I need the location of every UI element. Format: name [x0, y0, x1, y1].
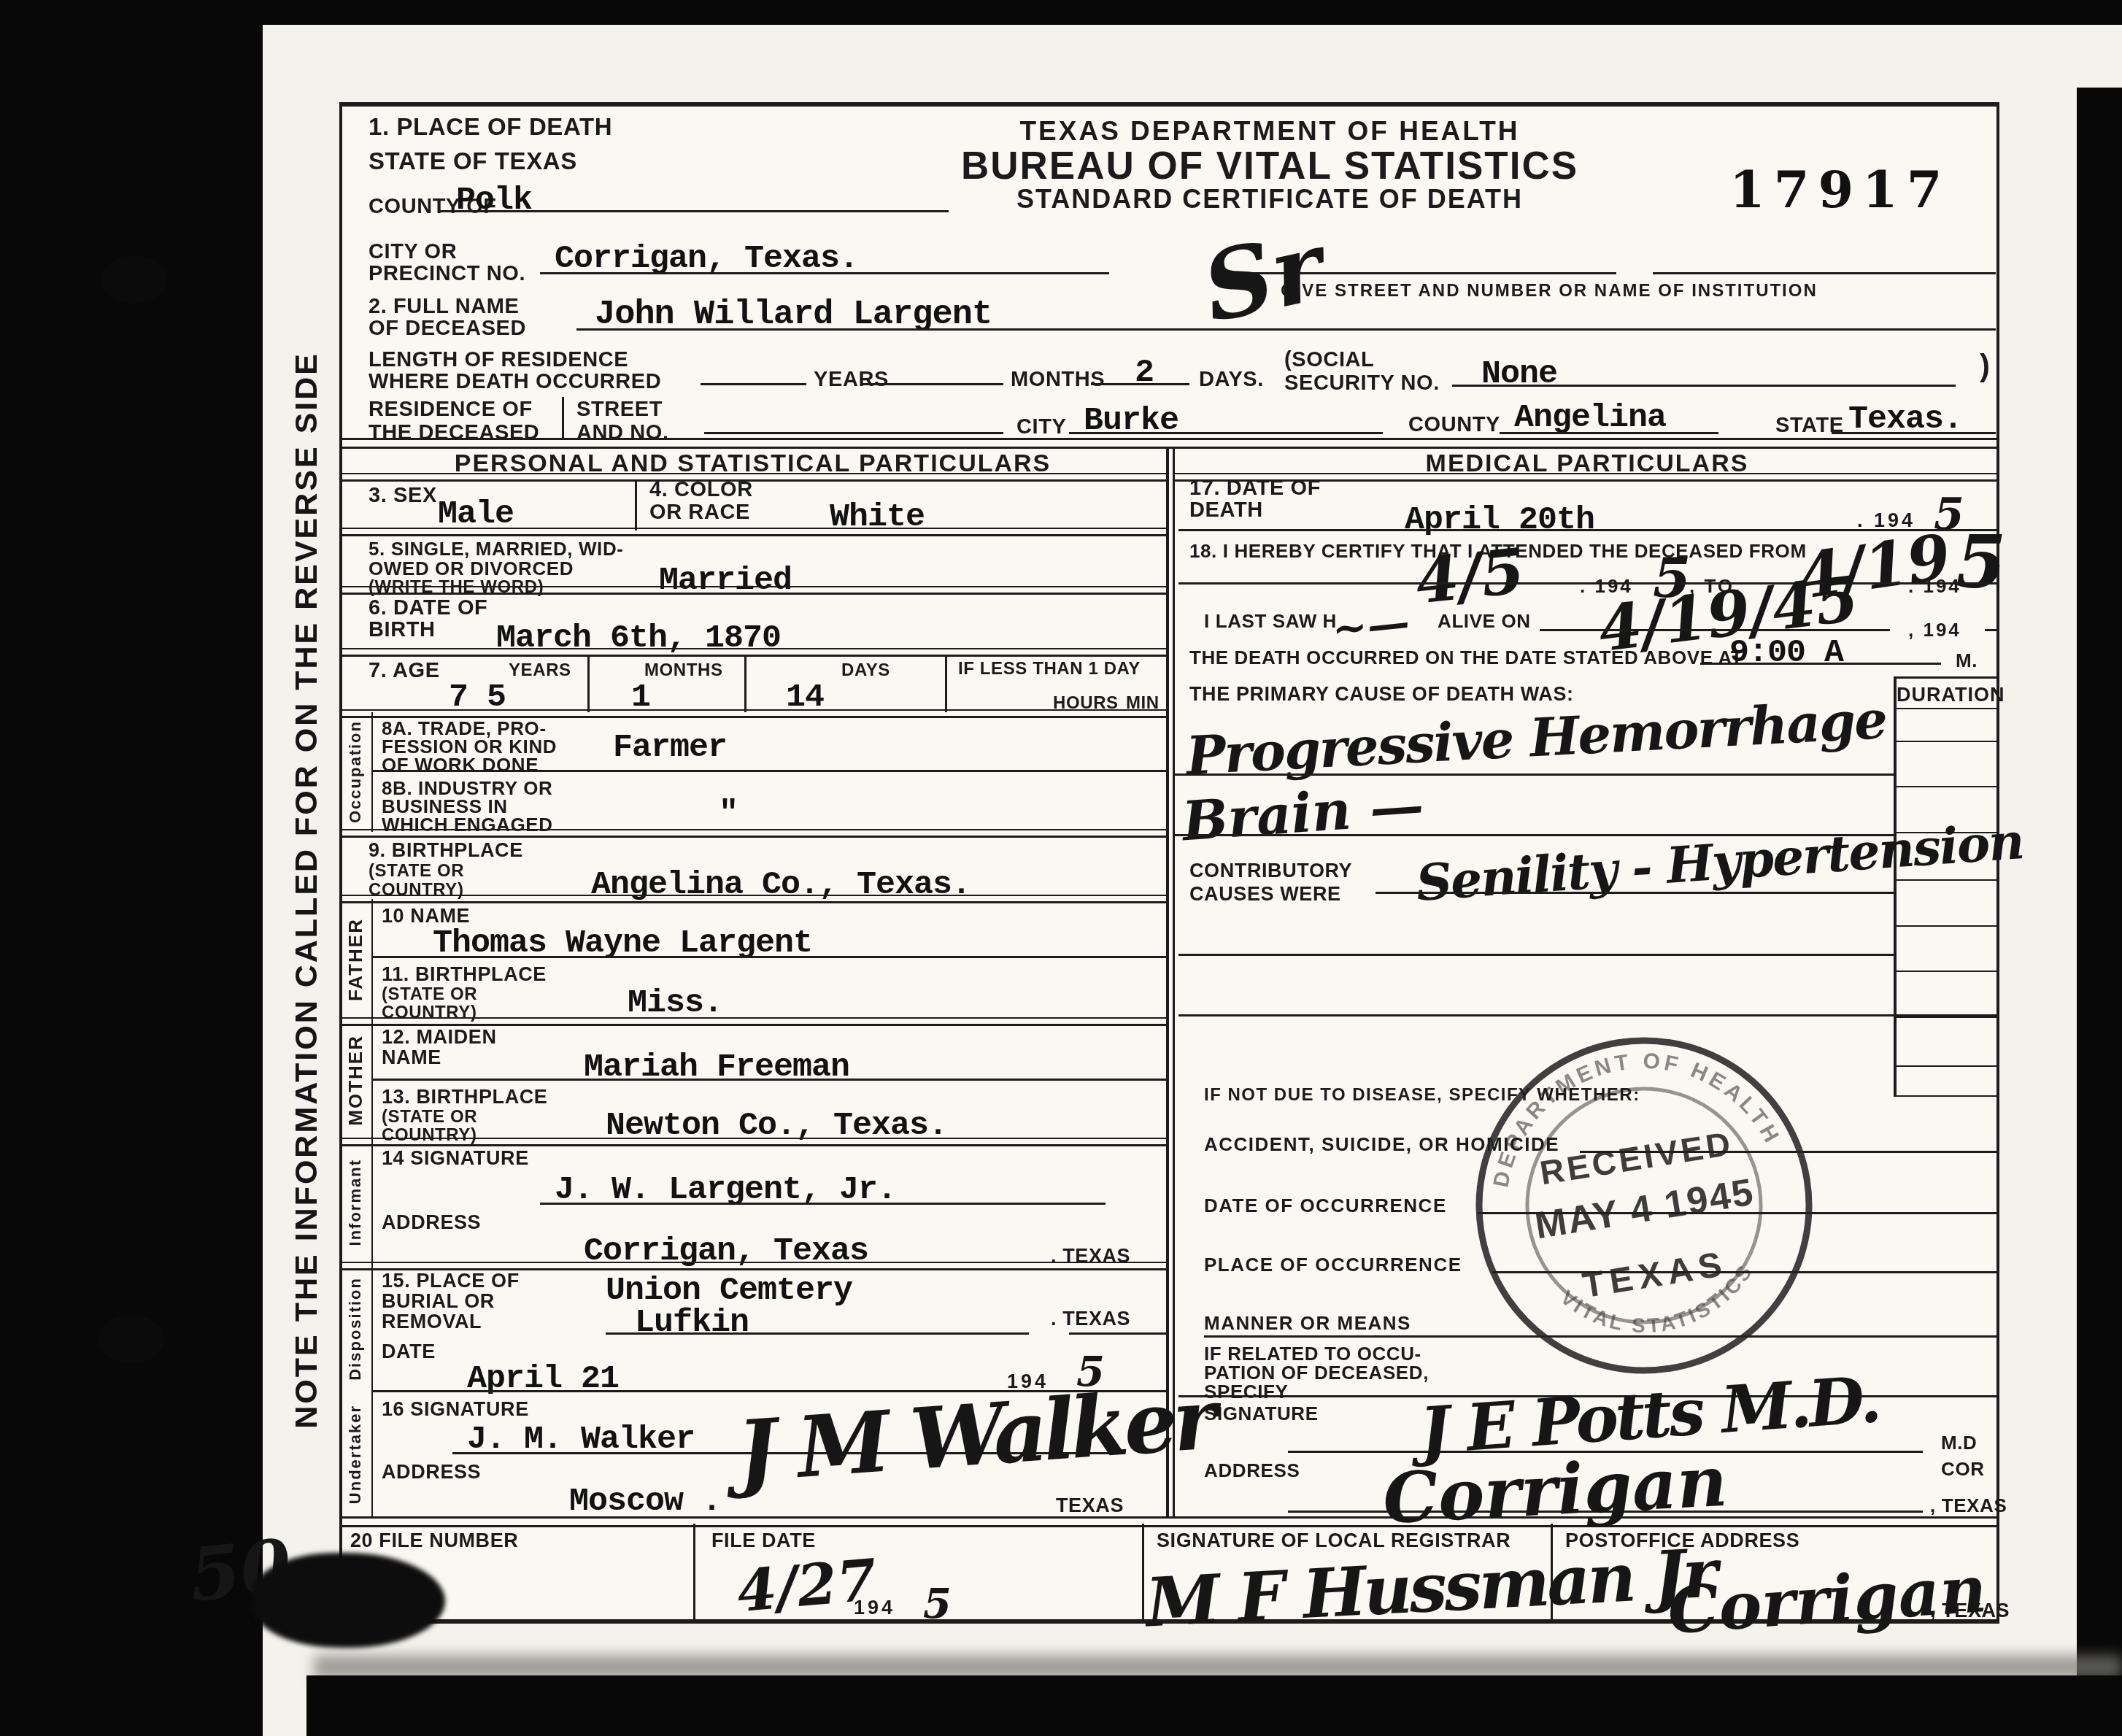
rule-lastsaw-2 [1985, 629, 1996, 631]
father-birthplace-value: Miss. [628, 987, 722, 1019]
state-of-texas-label: STATE OF TEXAS [369, 147, 577, 176]
date-occurrence-label: DATE OF OCCURRENCE [1204, 1195, 1447, 1217]
column-divider-2 [1173, 447, 1175, 1516]
row10-bottom [373, 956, 1166, 958]
months-label: MONTHS [1011, 367, 1105, 392]
sidebar-occupation: Occupation [341, 712, 370, 832]
name-suffix-script: Sr [1195, 219, 1331, 336]
row12-bottom [373, 1079, 1166, 1081]
street-label-1: STREET [576, 397, 663, 422]
sidebar-mother: MOTHER [341, 1020, 370, 1141]
duration-rule-7 [1897, 1016, 1996, 1018]
document-scan: NOTE THE INFORMATION CALLED FOR ON THE R… [0, 0, 2122, 1736]
age-label: 7. AGE [369, 658, 440, 683]
rule-certify [1178, 582, 1996, 585]
birthdate-label-2: BIRTH [369, 617, 436, 642]
full-name-label-2: OF DECEASED [369, 316, 526, 341]
rule-lastsaw [1540, 629, 1890, 631]
burial-date-label: DATE [382, 1340, 436, 1364]
rule-blank-1 [1178, 954, 1894, 956]
sidebar-disposition-text: Disposition [346, 1277, 365, 1381]
undertaker-address-value: Moscow . [569, 1485, 721, 1518]
separator-bottom-row [339, 1516, 1999, 1527]
rule-months [861, 383, 1003, 385]
manner-means-label: MANNER OR MEANS [1204, 1312, 1411, 1335]
age-ifless-label: IF LESS THAN 1 DAY [958, 659, 1141, 679]
age-years-label: YEARS [509, 660, 571, 681]
form-border-top [339, 102, 1999, 107]
contributory-label-1: CONTRIBUTORY [1189, 860, 1352, 883]
undertaker-signature-label: 16 SIGNATURE [382, 1398, 529, 1421]
place-occurrence-label: PLACE OF OCCURRENCE [1204, 1254, 1462, 1276]
lastsaw-strike: ~— [1330, 601, 1411, 651]
rule-full-name [576, 328, 1996, 331]
full-name-value: John Willard Largent [595, 298, 992, 332]
duration-label: DURATION [1897, 684, 1996, 707]
residence-length-label-2: WHERE DEATH OCCURRED [369, 369, 661, 394]
res-state-label: STATE [1775, 413, 1844, 438]
rule-years [701, 383, 806, 385]
row8b-bottom [339, 829, 1166, 838]
sidebar-disposition: Disposition [341, 1265, 370, 1392]
undertaker-texas-label: TEXAS [1056, 1494, 1124, 1518]
age-div-3 [945, 655, 947, 712]
sidebar-strip-line-2 [371, 899, 373, 1516]
duration-rule-5 [1897, 925, 1996, 927]
birthplace-label-1: 9. BIRTHPLACE [369, 839, 523, 863]
death-date-label-2: DEATH [1189, 498, 1263, 522]
sidebar-father: FATHER [341, 899, 370, 1020]
duration-rule-2 [1897, 786, 1996, 787]
informant-signature-label: 14 SIGNATURE [382, 1147, 529, 1170]
sidebar-mother-text: MOTHER [344, 1035, 367, 1126]
undertaker-signature-script: J M Walker [735, 1377, 1216, 1494]
rule-death-time [1700, 663, 1941, 665]
row5-bottom [339, 586, 1166, 595]
rule-contributory [1376, 892, 1894, 894]
physician-address: Corrigan [1381, 1447, 1729, 1535]
sidebar-undertaker-text: Undertaker [346, 1405, 365, 1504]
rule-burial-2 [1069, 1332, 1166, 1335]
res-state-value: Texas. [1848, 403, 1962, 436]
color-label-2: OR RACE [649, 500, 750, 525]
sidebar-father-text: FATHER [344, 918, 367, 1001]
undertaker-address-label: ADDRESS [382, 1461, 481, 1484]
sidebar-undertaker: Undertaker [341, 1392, 370, 1516]
age-months-label: MONTHS [644, 660, 723, 681]
burial-texas-label: . TEXAS [1051, 1308, 1130, 1331]
physician-signature-label: SIGNATURE [1204, 1403, 1319, 1425]
file-number-blot [252, 1553, 445, 1648]
row13-bottom [339, 1138, 1166, 1146]
duration-box-left [1894, 676, 1897, 1097]
certificate-number: 17917 [1729, 159, 1951, 220]
birthplace-label-2: (STATE OR [369, 861, 464, 881]
attended-from-hand: 4/5 [1413, 540, 1527, 613]
row34-bottom [339, 528, 1166, 536]
md-label: M.D [1941, 1432, 1977, 1454]
title-dept: TEXAS DEPARTMENT OF HEALTH [777, 115, 1762, 147]
bottomrow-div-1 [693, 1524, 695, 1619]
file-date-year-hand: 5 [923, 1583, 952, 1624]
rule-cause-1 [1175, 774, 1894, 776]
social-paren: ) [1980, 347, 1991, 384]
informant-address-label: ADDRESS [382, 1211, 481, 1235]
age-div-2 [744, 655, 746, 712]
color-label-1: 4. COLOR [649, 477, 753, 502]
rule-blank-2 [1178, 1014, 1996, 1016]
postoffice-value: Corrigan [1665, 1556, 1988, 1643]
cor-label: COR [1941, 1458, 1985, 1481]
maiden-name-label-2: NAME [382, 1046, 441, 1070]
rule-burial [606, 1332, 1029, 1335]
sidebar-informant: Informant [341, 1141, 370, 1265]
residence-label-1: RESIDENCE OF [369, 397, 533, 422]
primary-cause-label: THE PRIMARY CAUSE OF DEATH WAS: [1189, 683, 1574, 706]
rule-informant-signature [540, 1203, 1106, 1205]
sidebar-occupation-text: Occupation [346, 720, 365, 823]
occupation-related-label-3: SPECIFY [1204, 1381, 1288, 1403]
informant-signature-value: J. W. Largent, Jr. [555, 1173, 896, 1206]
physician-texas-label: , TEXAS [1930, 1494, 2007, 1517]
row11-bottom [339, 1017, 1166, 1026]
undertaker-signature-typed: J. M. Walker [467, 1423, 695, 1456]
rule-res-city [1069, 432, 1383, 434]
days-value: 2 [1135, 356, 1154, 389]
scan-edge-right [2077, 88, 2122, 1693]
certify-year2-hand: 5 [1956, 525, 2007, 598]
death-time-m-label: M. [1956, 649, 1978, 672]
rule-res-county [1500, 432, 1718, 434]
social-label-1: (SOCIAL [1284, 347, 1374, 372]
physician-address-label: ADDRESS [1204, 1459, 1300, 1482]
sex-color-divider [635, 482, 637, 531]
punch-hole-bottom [98, 1315, 165, 1363]
received-stamp-svg: DEPARTMENT OF HEALTH VITAL STATISTICS RE… [1443, 1005, 1844, 1405]
rule-county [438, 210, 949, 212]
duration-rule-8 [1897, 1065, 1996, 1067]
lastsaw-year-printed: , 194 [1908, 619, 1961, 641]
residence-divider [562, 397, 564, 438]
days-label: DAYS. [1199, 367, 1264, 392]
res-city-label: CITY [1016, 414, 1066, 439]
sex-label: 3. SEX [369, 483, 437, 508]
burial-place-value: Union Cemtery [606, 1274, 852, 1307]
scan-edge-bottom [306, 1675, 2122, 1736]
industry-ditto-value: " [719, 797, 738, 830]
city-precinct-value: Corrigan, Texas. [555, 242, 858, 275]
title-bureau: BUREAU OF VITAL STATISTICS [777, 144, 1762, 190]
duration-rule-4 [1897, 879, 1996, 881]
rule-res-state [1832, 432, 1996, 434]
age-days-label: DAYS [841, 660, 890, 681]
trade-value: Farmer [613, 731, 727, 764]
file-number-label: 20 FILE NUMBER [350, 1529, 518, 1553]
margin-note-text: NOTE THE INFORMATION CALLED FOR ON THE R… [289, 352, 325, 1429]
rule-social [1452, 385, 1956, 387]
duration-rule-1 [1897, 741, 1996, 742]
social-label-2: SECURITY NO. [1284, 371, 1440, 396]
margin-note: NOTE THE INFORMATION CALLED FOR ON THE R… [283, 394, 330, 1386]
father-birthplace-label-1: 11. BIRTHPLACE [382, 963, 547, 987]
column-divider [1166, 447, 1169, 1516]
duration-box-bottom [1894, 1095, 1999, 1097]
sidebar-strip-line-1 [371, 712, 373, 832]
city-precinct-label-2: PRECINCT NO. [369, 261, 525, 286]
place-of-death-label: 1. PLACE OF DEATH [369, 113, 612, 142]
age-div-1 [587, 655, 590, 712]
death-occurred-label: THE DEATH OCCURRED ON THE DATE STATED AB… [1189, 647, 1743, 669]
contributory-label-2: CAUSES WERE [1189, 883, 1341, 906]
duration-box-top [1894, 676, 1999, 679]
cause-value-2: Brain — [1181, 779, 1426, 849]
row6-bottom [339, 648, 1166, 657]
death-date-value: April 20th [1405, 504, 1594, 536]
burial-label-3: REMOVAL [382, 1311, 482, 1334]
row8a-bottom [373, 770, 1166, 772]
rule-city-precinct [540, 272, 1109, 274]
separator-columns-top [339, 438, 1999, 449]
file-date-label: FILE DATE [711, 1529, 816, 1553]
sex-value: Male [438, 498, 514, 531]
punch-hole-top [101, 255, 168, 304]
rule-street [704, 432, 1003, 434]
file-date-year-printed: 194 [854, 1597, 895, 1620]
lastsaw-label-2: ALIVE ON [1438, 610, 1531, 633]
scan-edge-top [0, 0, 2122, 25]
institution-note: GIVE STREET AND NUMBER OR NAME OF INSTIT… [1281, 281, 1818, 301]
duration-rule-0 [1897, 708, 1996, 709]
cause-value-1: Progressive Hemorrhage [1185, 693, 1888, 782]
received-stamp: DEPARTMENT OF HEALTH VITAL STATISTICS RE… [1443, 1005, 1844, 1405]
res-county-label: COUNTY [1408, 412, 1500, 437]
years-label: YEARS [814, 367, 889, 392]
certify-year2-printed: . 194 [1908, 575, 1961, 598]
contributory-value: Senility - Hypertension [1415, 817, 2025, 908]
certificate-form: 1. PLACE OF DEATH STATE OF TEXAS TEXAS D… [339, 102, 1999, 1624]
res-county-value: Angelina [1514, 401, 1666, 434]
trade-label-3: OF WORK DONE [382, 754, 539, 776]
duration-rule-6 [1897, 971, 1996, 972]
rule-city-precinct-3 [1653, 272, 1996, 274]
lastsaw-label-1: I LAST SAW H [1204, 610, 1337, 633]
sidebar-informant-text: Informant [346, 1159, 365, 1246]
father-name-value: Thomas Wayne Largent [433, 927, 812, 960]
row9-bottom [339, 895, 1166, 903]
mother-birthplace-label-1: 13. BIRTHPLACE [382, 1086, 547, 1109]
